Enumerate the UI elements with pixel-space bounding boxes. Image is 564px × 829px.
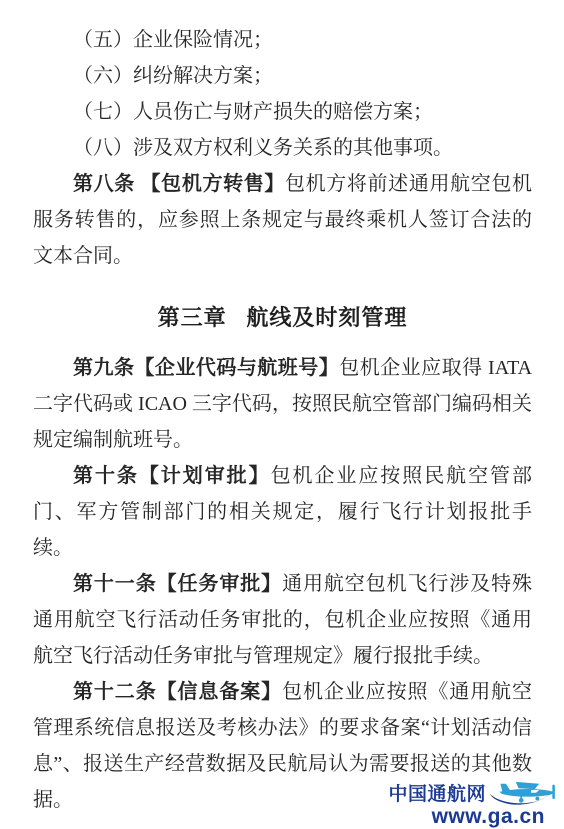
clause-item-5: （五）企业保险情况； bbox=[33, 22, 532, 58]
chapter-number: 第三章 bbox=[158, 305, 227, 330]
clause-item-7: （七）人员伤亡与财产损失的赔偿方案； bbox=[33, 94, 532, 130]
document-page: （五）企业保险情况； （六）纠纷解决方案； （七）人员伤亡与财产损失的赔偿方案；… bbox=[0, 0, 564, 829]
article-12-label: 第十二条【信息备案】 bbox=[73, 681, 282, 703]
watermark-logo-row: 中国通航网 bbox=[387, 781, 559, 808]
article-9-paragraph: 第九条【企业代码与航班号】包机企业应取得 IATA 二字代码或 ICAO 三字代… bbox=[33, 350, 532, 458]
site-name: 中国通航网 bbox=[388, 785, 486, 804]
document-text: （五）企业保险情况； （六）纠纷解决方案； （七）人员伤亡与财产损失的赔偿方案；… bbox=[33, 22, 532, 818]
watermark-logo: 中国通航网 www.ga.cn bbox=[387, 781, 559, 827]
site-url: www.ga.cn bbox=[387, 806, 559, 827]
article-11-paragraph: 第十一条【任务审批】通用航空包机飞行涉及特殊通用航空飞行活动任务审批的，包机企业… bbox=[33, 566, 532, 674]
article-10-label: 第十条【计划审批】 bbox=[73, 465, 271, 487]
clause-item-6: （六）纠纷解决方案； bbox=[33, 58, 532, 94]
article-11-label: 第十一条【任务审批】 bbox=[73, 573, 282, 595]
clause-item-8: （八）涉及双方权利义务关系的其他事项。 bbox=[33, 130, 532, 166]
article-8-label: 第八条 【包机方转售】 bbox=[73, 173, 285, 195]
airplane-icon bbox=[487, 781, 559, 808]
article-8-paragraph: 第八条 【包机方转售】包机方将前述通用航空包机服务转售的，应参照上条规定与最终乘… bbox=[33, 166, 532, 274]
chapter-title: 航线及时刻管理 bbox=[246, 305, 407, 330]
article-9-label: 第九条【企业代码与航班号】 bbox=[73, 357, 339, 379]
article-10-paragraph: 第十条【计划审批】包机企业应按照民航空管部门、军方管制部门的相关规定，履行飞行计… bbox=[33, 458, 532, 566]
chapter-heading: 第三章航线及时刻管理 bbox=[33, 300, 532, 336]
